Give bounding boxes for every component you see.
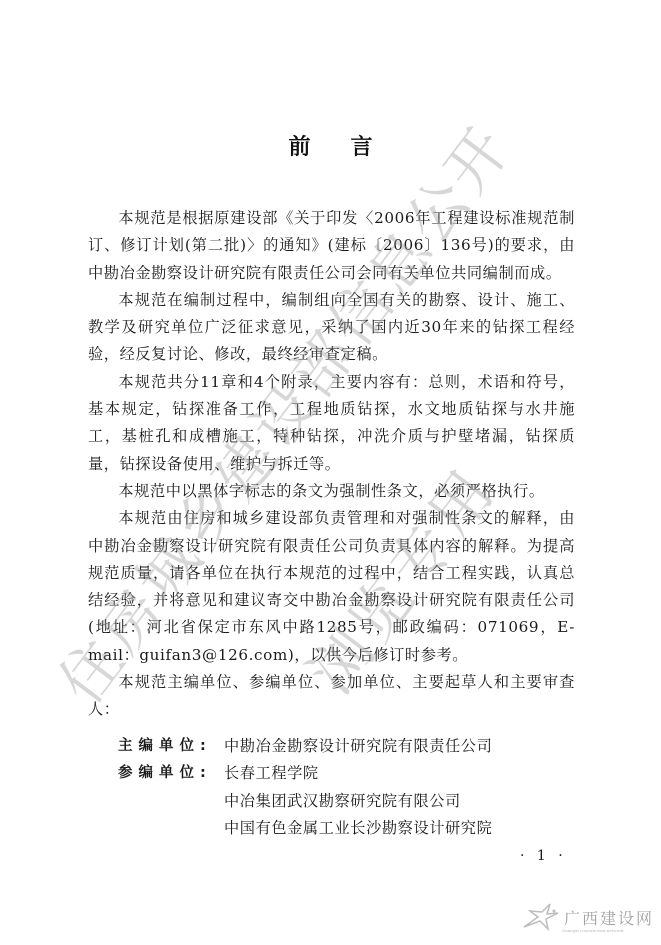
paragraph: 本规范由住房和城乡建设部负责管理和对强制性条文的解释，由中勘冶金勘察设计研究院有… bbox=[88, 505, 575, 669]
page-title: 前言 bbox=[0, 130, 661, 161]
logo-subtitle: Guangxi construction network bbox=[562, 928, 652, 933]
unit-row: 中冶集团武汉勘察研究院有限公司 bbox=[118, 788, 492, 815]
unit-value: 长春工程学院 bbox=[224, 760, 319, 787]
paragraph: 本规范在编制过程中，编制组向全国有关的勘察、设计、施工、教学及研究单位广泛征求意… bbox=[88, 287, 575, 369]
document-page: 前言 本规范是根据原建设部《关于印发〈2006年工程建设标准规范制订、修订计划(… bbox=[0, 0, 661, 945]
unit-row: 中国有色金属工业长沙勘察设计研究院 bbox=[118, 815, 492, 842]
unit-label bbox=[118, 788, 224, 815]
paragraph: 本规范共分11章和4个附录，主要内容有：总则，术语和符号，基本规定，钻探准备工作… bbox=[88, 369, 575, 478]
unit-row: 参编单位: 长春工程学院 bbox=[118, 760, 492, 787]
paragraph: 本规范是根据原建设部《关于印发〈2006年工程建设标准规范制订、修订计划(第二批… bbox=[88, 205, 575, 287]
paragraph: 本规范主编单位、参编单位、参加单位、主要起草人和主要审查人： bbox=[88, 669, 575, 724]
unit-value: 中国有色金属工业长沙勘察设计研究院 bbox=[224, 815, 492, 842]
unit-label bbox=[118, 815, 224, 842]
unit-row: 主编单位: 中勘冶金勘察设计研究院有限责任公司 bbox=[118, 733, 492, 760]
logo-text: 广西建设网 bbox=[564, 906, 654, 929]
preface-body: 本规范是根据原建设部《关于印发〈2006年工程建设标准规范制订、修订计划(第二批… bbox=[88, 205, 575, 724]
editing-units: 主编单位: 中勘冶金勘察设计研究院有限责任公司 参编单位: 长春工程学院 中冶集… bbox=[118, 733, 492, 842]
page-number: · 1 · bbox=[520, 848, 567, 864]
star-logo-icon bbox=[520, 903, 560, 931]
unit-label: 主编单位: bbox=[118, 733, 224, 760]
paragraph: 本规范中以黑体字标志的条文为强制性条文，必须严格执行。 bbox=[88, 478, 575, 505]
unit-label: 参编单位: bbox=[118, 760, 224, 787]
unit-value: 中勘冶金勘察设计研究院有限责任公司 bbox=[224, 733, 492, 760]
site-logo: 广西建设网 bbox=[520, 903, 654, 931]
unit-value: 中冶集团武汉勘察研究院有限公司 bbox=[224, 788, 461, 815]
